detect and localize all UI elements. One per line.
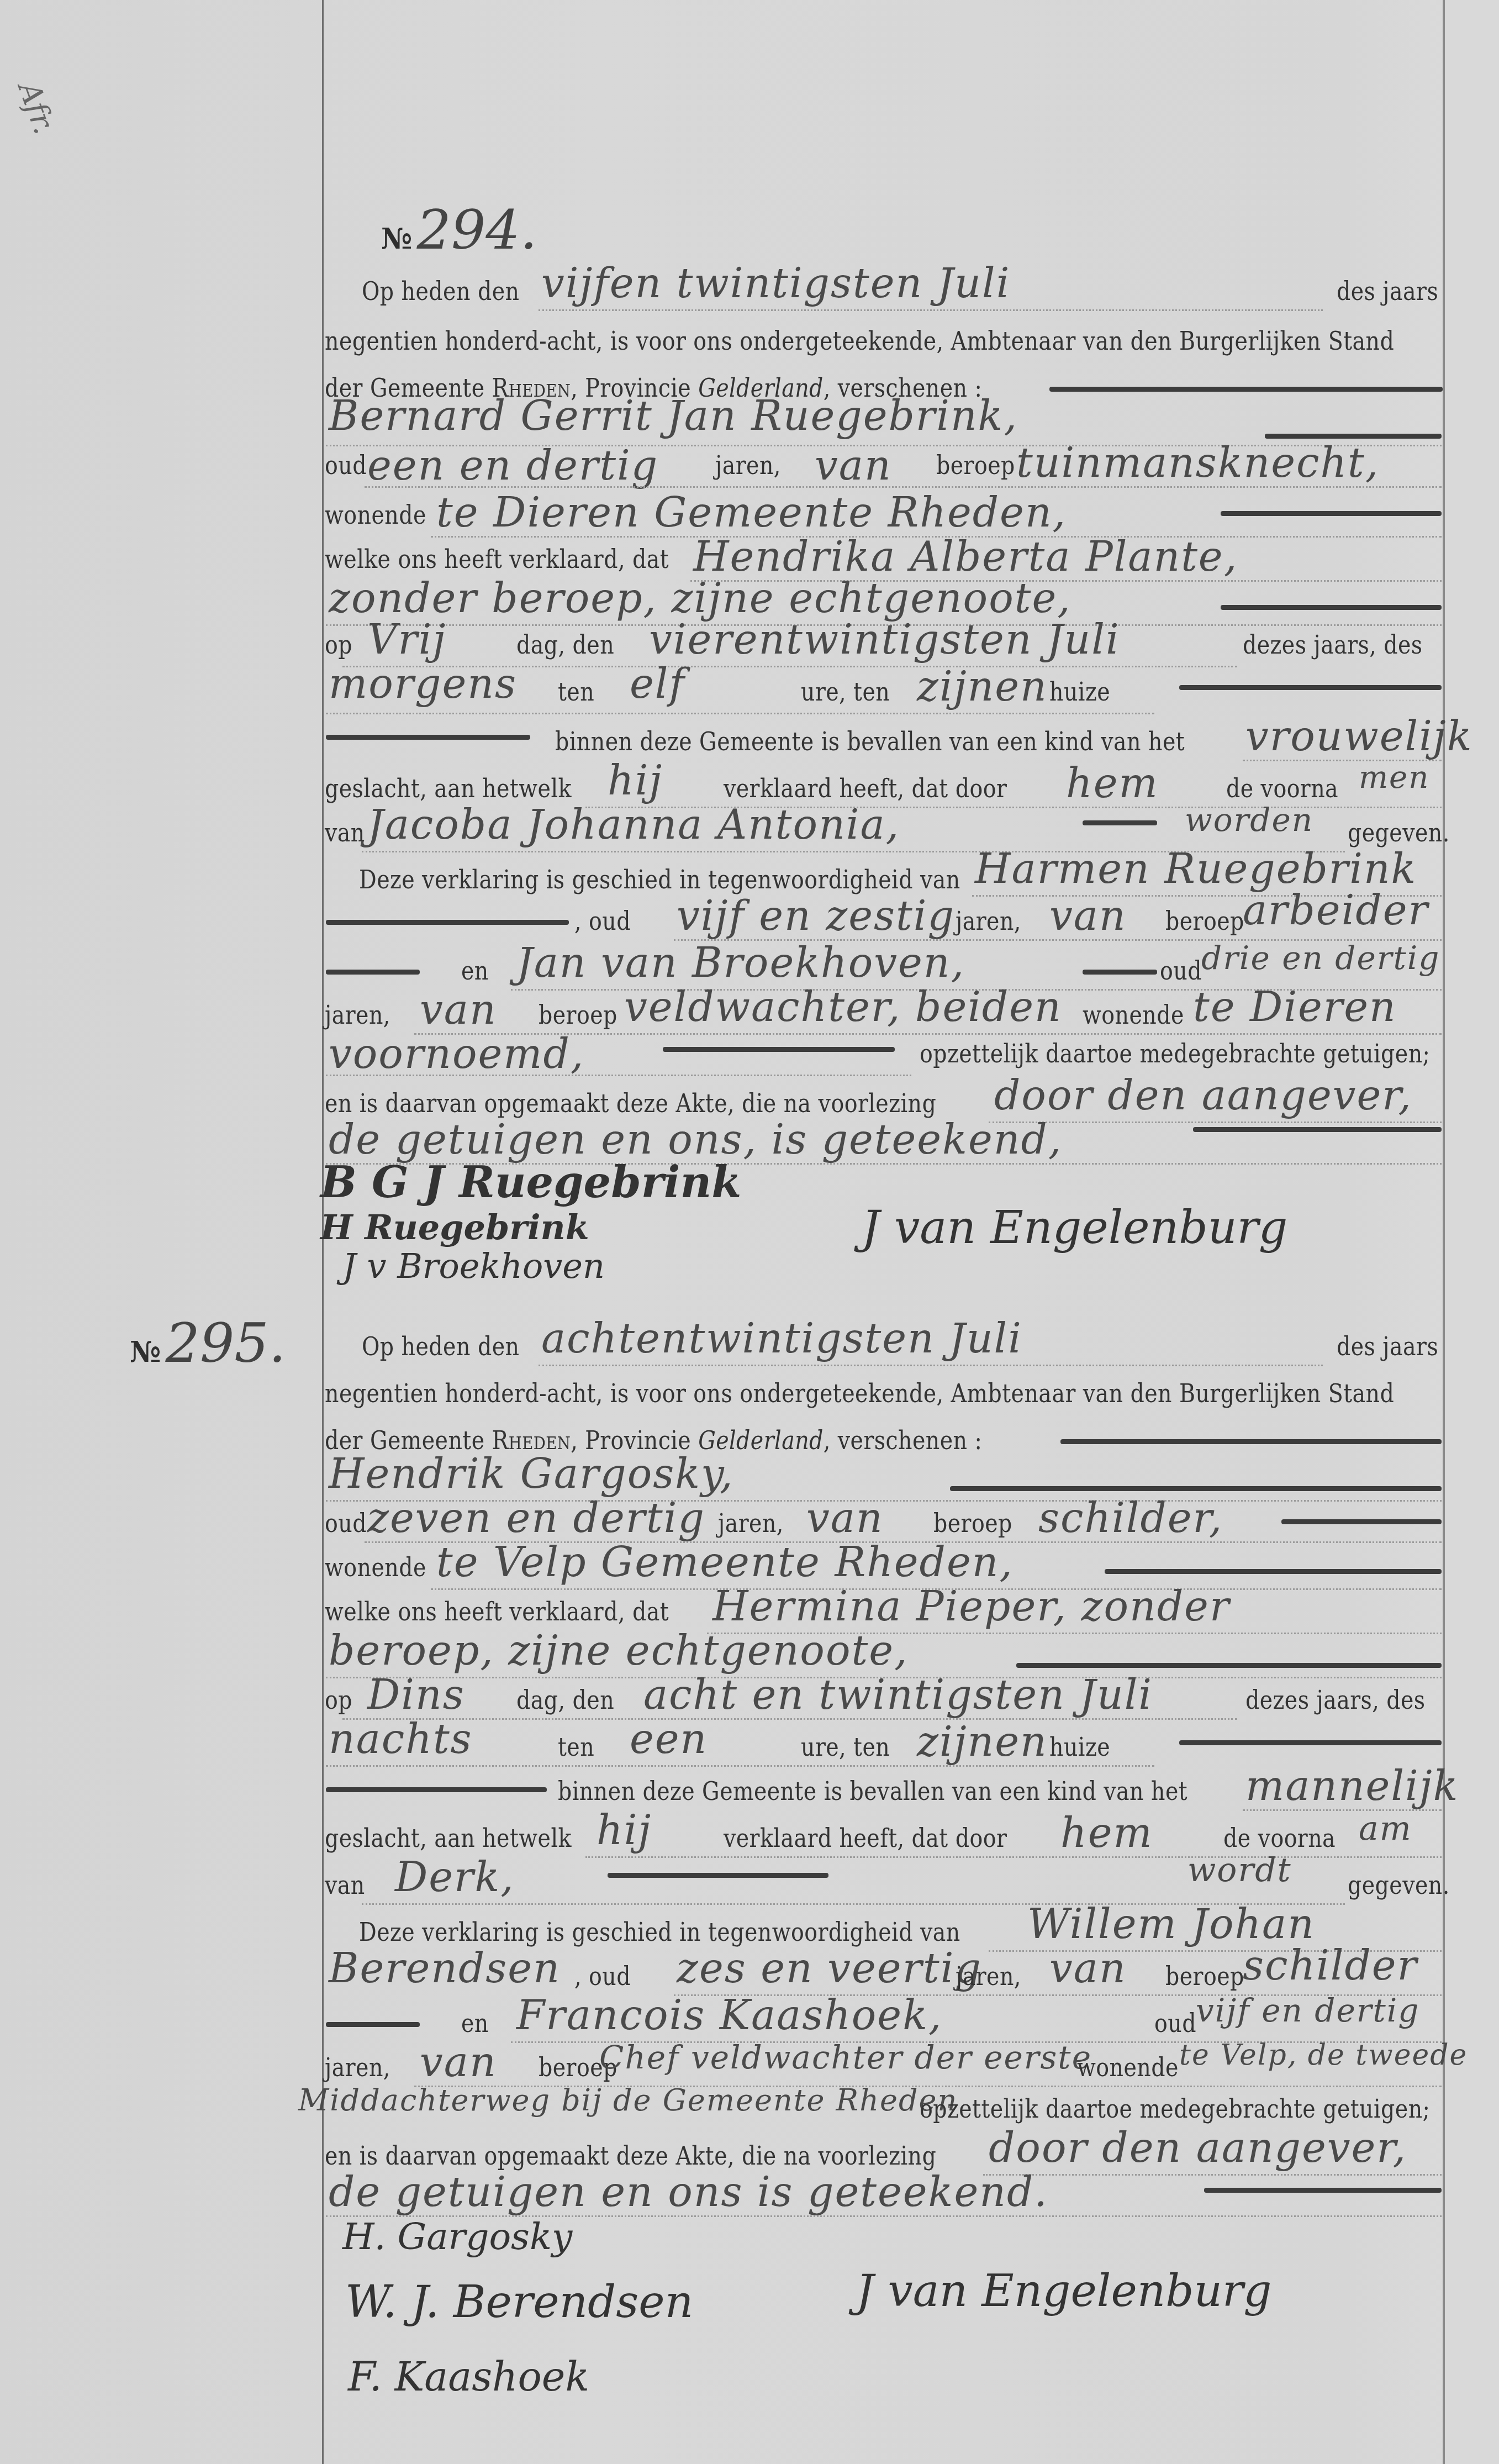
- cancel-dash: [608, 1873, 828, 1878]
- print-binnen: binnen deze Gemeente is bevallen van een…: [555, 726, 1185, 756]
- witness2-name: Francois Kaashoek,: [516, 1992, 943, 2039]
- print-jaren: jaren,: [956, 906, 1021, 936]
- print-opgemaakt: en is daarvan opgemaakt deze Akte, die n…: [325, 1088, 936, 1118]
- print-line2: negentien honderd-acht, is voor ons onde…: [325, 326, 1394, 356]
- cancel-dash: [1221, 511, 1442, 516]
- mother-description: beroep, zijne echtgenoote,: [329, 1627, 908, 1675]
- print-wonende: wonende: [1077, 2052, 1179, 2082]
- child-names: Jacoba Johanna Antonia,: [367, 801, 900, 849]
- print-wonende: wonende: [1083, 1000, 1184, 1030]
- print-des-jaars: des jaars: [1337, 1331, 1438, 1361]
- print-geslacht: geslacht, aan hetwelk: [325, 773, 572, 803]
- signed-by: door den aangever,: [989, 2124, 1407, 2172]
- print-op-heden: Op heden den: [362, 276, 519, 306]
- witness1-name: Willem Johan: [1027, 1900, 1315, 1948]
- fill-line: [539, 309, 1323, 311]
- print-line2: negentien honderd-acht, is voor ons onde…: [325, 1378, 1394, 1408]
- witness2-name: Jan van Broekhoven,: [516, 939, 965, 987]
- declarant-residence: te Dieren Gemeente Rheden,: [436, 489, 1067, 536]
- print-opzettelijk: opzettelijk daartoe medegebrachte getuig…: [920, 1039, 1430, 1068]
- print-huize: huize: [1049, 677, 1110, 707]
- witness2-van: van: [420, 2039, 497, 2086]
- print-en: en: [461, 956, 489, 986]
- margin-note: Afr.: [12, 77, 62, 139]
- print-beroep: beroep: [539, 1000, 617, 1030]
- cancel-dash: [1179, 1740, 1442, 1745]
- print-huize: huize: [1049, 1732, 1110, 1762]
- print-oud-comma: , oud: [574, 906, 631, 936]
- mother-description: zonder beroep, zijne echtgenoote,: [329, 575, 1072, 622]
- witness1-name: Harmen Ruegebrink: [975, 845, 1417, 893]
- print-wonende: wonende: [325, 500, 426, 530]
- cancel-dash: [326, 970, 420, 975]
- birth-date: acht en twintigsten Juli: [643, 1671, 1153, 1719]
- date-text: vijfen twintigsten Juli: [541, 260, 1010, 307]
- print-van: van: [325, 818, 365, 847]
- witness2-van: van: [420, 986, 497, 1034]
- cancel-dash: [1083, 820, 1157, 825]
- fill-line: [539, 1365, 1323, 1366]
- by-whom: hem: [1066, 760, 1159, 807]
- cancel-dash: [1016, 1663, 1442, 1668]
- print-ten: ten: [558, 677, 594, 707]
- child-names: Derk,: [395, 1854, 515, 1901]
- signature-registrar: J van Engelenburg: [862, 1202, 1287, 1254]
- entry-number-value: 295.: [166, 1312, 286, 1375]
- witness-residence: te Velp, de tweede: [1179, 2039, 1468, 2072]
- print-deze-verklaring: Deze verklaring is geschied in tegenwoor…: [359, 1917, 960, 1947]
- page-edge: [1445, 0, 1499, 2464]
- cancel-dash: [326, 735, 530, 740]
- witness-residence-cont: Middachterweg bij de Gemeente Rheden: [298, 2083, 958, 2118]
- weekday: Vrij: [367, 616, 446, 664]
- witness2-age: vijf en dertig: [1196, 1992, 1419, 2029]
- weekday: Dins: [367, 1671, 465, 1719]
- print-opgemaakt: en is daarvan opgemaakt deze Akte, die n…: [325, 2141, 936, 2171]
- voorna-suffix: am: [1359, 1809, 1412, 1848]
- birth-place: zijnen: [917, 663, 1048, 710]
- voorna-suffix: men: [1359, 760, 1429, 796]
- print-beroep: beroep: [933, 1508, 1012, 1538]
- child-sex: mannelijk: [1245, 1762, 1459, 1810]
- cancel-dash: [950, 1486, 1442, 1491]
- print-ten: ten: [558, 1732, 594, 1762]
- print-ure-ten: ure, ten: [801, 677, 890, 707]
- declarant-pronoun: hij: [608, 757, 663, 804]
- print-dezes-jaars: dezes jaars, des: [1243, 630, 1423, 660]
- print-dag-den: dag, den: [516, 630, 614, 660]
- witness1-occupation: arbeider: [1243, 887, 1429, 934]
- mother-name: Hermina Pieper, zonder: [712, 1583, 1230, 1630]
- print-verklaard-heeft: verklaard heeft, dat door: [724, 1823, 1007, 1853]
- witness2-age: drie en dertig: [1201, 939, 1440, 977]
- print-dag-den: dag, den: [516, 1685, 614, 1715]
- margin-rule-right: [1443, 0, 1445, 2464]
- print-oud: oud: [1160, 956, 1202, 986]
- child-sex: vrouwelijk: [1245, 713, 1473, 760]
- print-jaren-comma: jaren,: [325, 1000, 390, 1030]
- declarant-van: van: [806, 1494, 884, 1542]
- number-sign: №: [381, 222, 413, 256]
- print-deze-verklaring: Deze verklaring is geschied in tegenwoor…: [359, 865, 960, 894]
- entry-number: №295.: [130, 1312, 286, 1375]
- print-welke: welke ons heeft verklaard, dat: [325, 544, 669, 574]
- birth-hour: elf: [630, 660, 685, 708]
- signature-witness1: H Ruegebrink: [320, 1207, 589, 1247]
- print-op-heden: Op heden den: [362, 1331, 519, 1361]
- cancel-dash: [326, 2022, 420, 2027]
- signature-witness2: F. Kaashoek: [348, 2354, 589, 2400]
- entry-number-value: 294.: [417, 199, 537, 262]
- declarant-residence: te Velp Gemeente Rheden,: [436, 1539, 1014, 1586]
- witness1-name-cont: Berendsen: [329, 1945, 561, 1992]
- witness1-occupation: schilder: [1243, 1942, 1418, 1989]
- cancel-dash: [1221, 605, 1442, 610]
- time-of-day: nachts: [329, 1715, 473, 1763]
- print-welke: welke ons heeft verklaard, dat: [325, 1597, 669, 1626]
- cancel-dash: [1204, 2188, 1442, 2193]
- print-van: van: [325, 1870, 365, 1900]
- signature-witness1: W. J. Berendsen: [345, 2276, 693, 2328]
- cancel-dash: [1179, 685, 1442, 690]
- fill-line: [585, 1856, 1442, 1858]
- fill-line: [365, 486, 1442, 488]
- witness1-age: vijf en zestig: [677, 892, 955, 940]
- print-opzettelijk: opzettelijk daartoe medegebrachte getuig…: [920, 2094, 1430, 2124]
- cancel-dash: [1105, 1569, 1442, 1574]
- witness-residence-cont: voornoemd,: [329, 1030, 584, 1078]
- witness1-van: van: [1049, 1945, 1127, 1992]
- signature-declarant: B G J Ruegebrink: [320, 1157, 741, 1208]
- print-de-voorna: de voorna: [1226, 773, 1338, 803]
- cancel-dash: [663, 1047, 895, 1052]
- witness2-occupation: veldwachter, beiden: [624, 983, 1062, 1031]
- print-jaren: jaren,: [718, 1508, 784, 1538]
- cancel-dash: [1083, 970, 1157, 975]
- signed-cont: de getuigen en ons is geteekend.: [329, 2168, 1048, 2216]
- fill-line: [326, 713, 1154, 714]
- declarant-occupation: schilder,: [1038, 1494, 1223, 1542]
- print-beroep: beroep: [936, 450, 1015, 480]
- fill-line: [342, 1718, 1237, 1720]
- witness1-van: van: [1049, 892, 1127, 940]
- witness1-age: zes en veertig: [677, 1945, 982, 1992]
- by-whom: hem: [1060, 1809, 1153, 1857]
- declarant-name: Bernard Gerrit Jan Ruegebrink,: [329, 392, 1018, 440]
- print-ure-ten: ure, ten: [801, 1732, 890, 1762]
- witness2-occupation: Chef veldwachter der eerste: [599, 2039, 1092, 2076]
- print-jaren-comma: jaren,: [325, 2052, 390, 2082]
- print-verklaard-heeft: verklaard heeft, dat door: [724, 773, 1007, 803]
- number-sign: №: [130, 1335, 161, 1369]
- print-wonende: wonende: [325, 1552, 426, 1582]
- print-jaren: jaren,: [715, 450, 781, 480]
- signature-registrar: J van Engelenburg: [856, 2265, 1271, 2316]
- cancel-dash: [1060, 1439, 1442, 1444]
- worden: wordt: [1187, 1851, 1292, 1889]
- cancel-dash: [1265, 434, 1442, 439]
- declarant-pronoun: hij: [597, 1807, 652, 1854]
- cancel-dash: [326, 920, 569, 925]
- mother-name: Hendrika Alberta Plante,: [693, 533, 1238, 581]
- print-dezes-jaars: dezes jaars, des: [1245, 1685, 1426, 1715]
- print-gegeven: gegeven.: [1348, 818, 1450, 847]
- signature-declarant: H. Gargosky: [342, 2215, 572, 2258]
- signed-by: door den aangever,: [994, 1072, 1412, 1119]
- register-page: Afr. №294. Op heden den vijfen twintigst…: [0, 0, 1499, 2464]
- print-oud: oud: [325, 1508, 367, 1538]
- print-binnen: binnen deze Gemeente is bevallen van een…: [558, 1776, 1187, 1806]
- birth-date: vierentwintigsten Juli: [649, 616, 1120, 664]
- cancel-dash: [1049, 387, 1443, 392]
- fill-line: [983, 2174, 1442, 2176]
- worden: worden: [1185, 801, 1313, 839]
- print-beroep: beroep: [1165, 1961, 1244, 1991]
- print-de-voorna: de voorna: [1223, 1823, 1336, 1853]
- declarant-age: een en dertig: [367, 442, 658, 489]
- signed-cont: de getuigen en ons, is geteekend,: [329, 1116, 1062, 1163]
- declarant-van: van: [815, 442, 892, 489]
- print-gegeven: gegeven.: [1348, 1870, 1450, 1900]
- signature-witness2: J v Broekhoven: [342, 1246, 605, 1286]
- cancel-dash: [1193, 1127, 1442, 1132]
- print-oud: oud: [325, 450, 367, 480]
- print-beroep: beroep: [1165, 906, 1244, 936]
- witness-residence: te Dieren: [1193, 983, 1397, 1031]
- declarant-name: Hendrik Gargosky,: [329, 1450, 734, 1498]
- birth-place: zijnen: [917, 1718, 1048, 1766]
- print-op: op: [325, 1685, 352, 1715]
- cancel-dash: [326, 1787, 547, 1792]
- declarant-occupation: tuinmansknecht,: [1016, 439, 1379, 487]
- print-oud: oud: [1154, 2008, 1196, 2038]
- print-en: en: [461, 2008, 489, 2038]
- entry-number: №294.: [381, 199, 537, 262]
- birth-hour: een: [630, 1715, 708, 1763]
- fill-line: [326, 1075, 911, 1076]
- date-text: achtentwintigsten Juli: [541, 1315, 1022, 1362]
- cancel-dash: [1281, 1519, 1442, 1524]
- print-geslacht: geslacht, aan hetwelk: [325, 1823, 572, 1853]
- fill-line: [326, 1765, 1154, 1767]
- print-jaren: jaren,: [956, 1961, 1021, 1991]
- print-oud-comma: , oud: [574, 1961, 631, 1991]
- print-des-jaars: des jaars: [1337, 276, 1438, 306]
- print-op: op: [325, 630, 352, 660]
- time-of-day: morgens: [329, 660, 517, 708]
- declarant-age: zeven en dertig: [367, 1494, 705, 1542]
